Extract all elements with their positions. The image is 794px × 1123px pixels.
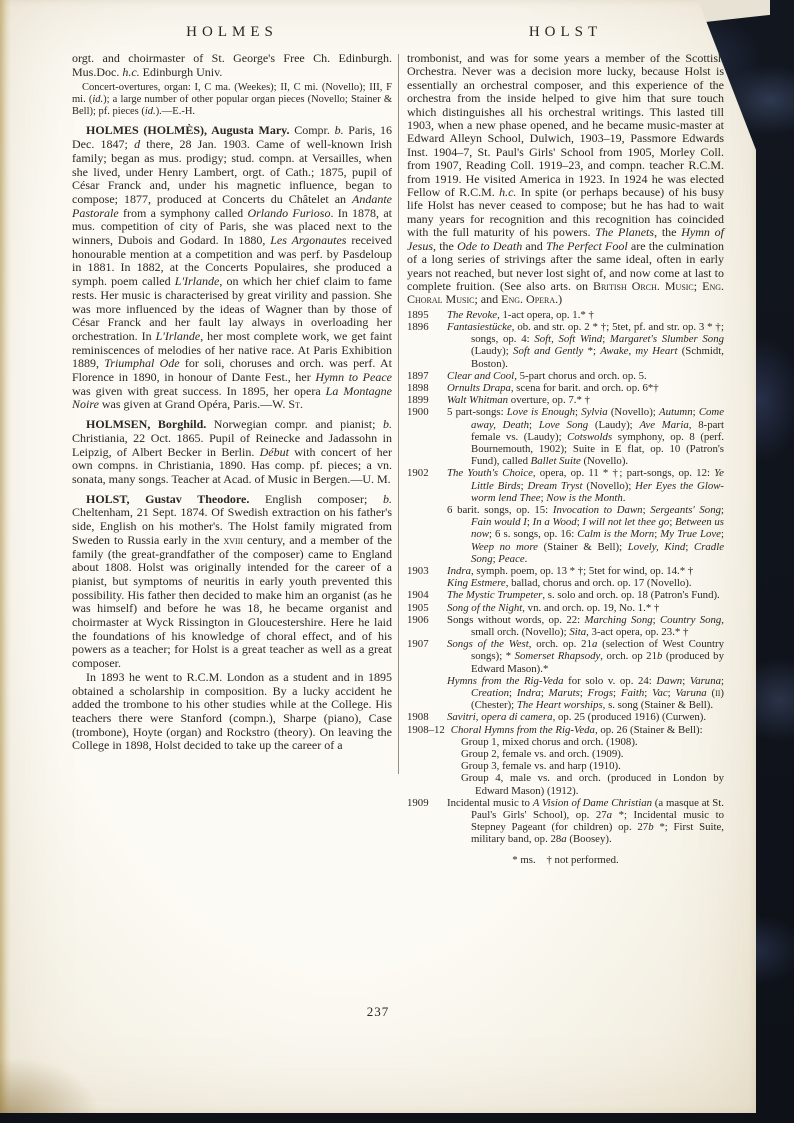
italic-text: Les Argonautes: [270, 233, 346, 247]
work-year: 1899: [407, 394, 441, 406]
work-description: The Youth's Choice, opera, op. 11 * †; p…: [447, 467, 724, 504]
italic-text: Choral Hymns from the Rig-Veda: [451, 724, 595, 736]
text-run: ;: [685, 541, 694, 553]
italic-text: The Planets: [595, 225, 654, 239]
work-description: Songs of the West, orch. op. 21a (select…: [447, 638, 724, 675]
work-description: Hymns from the Rig-Veda for solo v. op. …: [447, 675, 724, 712]
work-description: Indra, symph. poem, op. 13 * †; 5tet for…: [447, 565, 724, 577]
text-run: ); a large number of other popular organ…: [72, 94, 392, 117]
text-run: was given with great success. In 1895, h…: [72, 384, 326, 398]
text-run: Edinburgh Univ.: [140, 65, 223, 79]
work-year: 1897: [407, 370, 441, 382]
paragraph: orgt. and choirmaster of St. George's Fr…: [72, 52, 392, 79]
work-description: The Mystic Trumpeter, s. solo and orch. …: [447, 589, 724, 601]
paragraph: In 1893 he went to R.C.M. London as a st…: [72, 671, 392, 753]
work-year: 1903: [407, 565, 441, 577]
text-run: ;: [721, 675, 724, 687]
text-run: (Novello).: [581, 455, 628, 467]
text-run: .: [525, 553, 528, 565]
work-item: 1903Indra, symph. poem, op. 13 * †; 5tet…: [407, 565, 724, 577]
text-run: ;: [653, 614, 660, 626]
italic-text: Varuna: [675, 687, 706, 699]
work-item: 1902The Youth's Choice, opera, op. 11 * …: [407, 467, 724, 504]
italic-text: L'Irlande: [156, 329, 201, 343]
italic-text: Somerset Rhapsody: [515, 650, 601, 662]
work-description: Savitri, opera di camera, op. 25 (produc…: [447, 711, 724, 723]
italic-text: Dawn: [656, 675, 682, 687]
work-year: 1895: [407, 309, 441, 321]
italic-text: id.: [92, 94, 103, 105]
text-run: 6 barit. songs, op. 15:: [447, 504, 553, 516]
text-run: English composer;: [249, 492, 383, 506]
text-run: , op. 25 (produced 1916) (Curwen).: [553, 711, 707, 723]
work-item: 1904The Mystic Trumpeter, s. solo and or…: [407, 589, 724, 601]
left-column-body: orgt. and choirmaster of St. George's Fr…: [72, 52, 392, 753]
italic-text: Songs of the West: [447, 638, 529, 650]
text-run: Group 3, female vs. and harp (1910).: [461, 760, 621, 772]
italic-text: h.c.: [499, 185, 516, 199]
italic-text: Song of the Night: [447, 602, 522, 614]
work-year: 1908: [407, 711, 441, 723]
works-list: 1895The Revoke, 1-act opera, op. 1.* †18…: [407, 309, 724, 846]
italic-text: Cotswolds: [567, 431, 612, 443]
work-year: 1906: [407, 614, 441, 626]
text-run: , symph. poem, op. 13 * †; 5tet for wind…: [471, 565, 693, 577]
text-run: , the: [433, 239, 457, 253]
italic-text: b.: [335, 123, 344, 137]
text-run: (Laudy);: [471, 345, 513, 357]
text-run: overture, op. 7.* †: [508, 394, 590, 406]
text-run: ;: [613, 687, 621, 699]
text-columns: HOLMES orgt. and choirmaster of St. Geor…: [72, 24, 724, 866]
italic-text: Hymns from the Rig-Veda: [447, 675, 564, 687]
text-run: Group 4, male vs. and orch. (produced in…: [461, 772, 724, 796]
work-item: Group 2, female vs. and orch. (1909).: [461, 748, 724, 760]
italic-text: Marching Song: [585, 614, 653, 626]
running-head-left: HOLMES: [72, 24, 392, 41]
text-run: Incidental music to: [447, 797, 533, 809]
work-item: King Estmere, ballad, chorus and orch. o…: [447, 577, 724, 589]
italic-text: King Estmere: [447, 577, 506, 589]
text-run: ;: [580, 687, 588, 699]
text-run: (Laudy);: [588, 419, 639, 431]
text-run: Group 1, mixed chorus and orch. (1908).: [461, 736, 638, 748]
italic-text: I will not let thee go: [582, 516, 669, 528]
text-run: , s. solo and orch. op. 18 (Patron's Fun…: [542, 589, 719, 601]
bold-text: HOLST, Gustav Theodore.: [86, 492, 249, 506]
work-item: 1895The Revoke, 1-act opera, op. 1.* †: [407, 309, 724, 321]
smallcaps-text: Eng. Opera: [501, 292, 555, 306]
work-description: Ornults Drapa, scena for barit. and orch…: [447, 382, 724, 394]
work-description: Group 1, mixed chorus and orch. (1908).: [461, 736, 724, 748]
text-run: , 3-act opera, op. 23.* †: [586, 626, 688, 638]
italic-text: Faith: [621, 687, 644, 699]
paragraph: HOLMSEN, Borghild. Norwegian compr. and …: [72, 418, 392, 487]
text-run: , op. 26 (Stainer & Bell):: [595, 724, 703, 736]
italic-text: Ode to Death: [457, 239, 522, 253]
italic-text: The Perfect Fool: [546, 239, 628, 253]
text-run: ;: [644, 687, 652, 699]
work-description: 5 part-songs: Love is Enough; Sylvia (No…: [447, 406, 724, 467]
paragraph: Concert-overtures, organ: I, C ma. (Week…: [72, 82, 392, 118]
work-description: Choral Hymns from the Rig-Veda, op. 26 (…: [451, 724, 724, 736]
italic-text: Début: [260, 445, 289, 459]
text-run: ).—E.-H.: [156, 106, 195, 117]
work-year: 1902: [407, 467, 441, 479]
page-number: 237: [0, 1004, 756, 1020]
text-run: for solo v. op. 24:: [564, 675, 657, 687]
italic-text: Fantasiestücke: [447, 321, 512, 333]
italic-text: Dream Tryst: [527, 480, 582, 492]
text-run: (: [707, 687, 715, 699]
book-scan-page: HOLMES orgt. and choirmaster of St. Geor…: [0, 0, 794, 1123]
paper: HOLMES orgt. and choirmaster of St. Geor…: [0, 0, 756, 1113]
italic-text: Maruts: [549, 687, 580, 699]
left-column: HOLMES orgt. and choirmaster of St. Geor…: [72, 24, 392, 866]
text-run: ;: [721, 528, 724, 540]
work-item: 1909Incidental music to A Vision of Dame…: [407, 797, 724, 846]
text-run: .: [623, 492, 626, 504]
italic-text: Ballet Suite: [531, 455, 581, 467]
work-item: 1896Fantasiestücke, ob. and str. op. 2 *…: [407, 321, 724, 370]
work-item: Group 1, mixed chorus and orch. (1908).: [461, 736, 724, 748]
text-run: ; and: [474, 292, 501, 306]
italic-text: Weep no more: [471, 541, 538, 553]
text-run: , 5-part chorus and orch. op. 5.: [514, 370, 647, 382]
smallcaps-text: xviii: [223, 533, 243, 547]
right-column: HOLST trombonist, and was for some years…: [407, 24, 724, 866]
text-run: Norwegian compr. and pianist;: [206, 417, 383, 431]
italic-text: Frogs: [588, 687, 613, 699]
italic-text: Soft and Gently: [513, 345, 583, 357]
works-footnote: * ms. † not performed.: [407, 854, 724, 866]
text-run: ;: [541, 687, 549, 699]
italic-text: Invocation to Dawn: [553, 504, 643, 516]
work-item: Hymns from the Rig-Veda for solo v. op. …: [447, 675, 724, 712]
italic-text: The Mystic Trumpeter: [447, 589, 542, 601]
text-run: ;: [721, 504, 724, 516]
text-run: ;: [602, 333, 610, 345]
running-head-right: HOLST: [407, 24, 724, 41]
bottom-left-smudge: [0, 1057, 100, 1113]
italic-text: Sita: [569, 626, 586, 638]
italic-text: In a Wood: [533, 516, 577, 528]
italic-text: h.c.: [122, 65, 139, 79]
text-run: orgt. and choirmaster of St. George's Fr…: [72, 51, 392, 79]
italic-text: Ave Maria: [639, 419, 688, 431]
italic-text: opera di camera: [481, 711, 552, 723]
work-description: Walt Whitman overture, op. 7.* †: [447, 394, 724, 406]
italic-text: Awake, my Heart: [600, 345, 677, 357]
work-item: Group 3, female vs. and harp (1910).: [461, 760, 724, 772]
smallcaps-text: St.: [288, 397, 303, 411]
text-run: was given at Grand Opéra, Paris.—W.: [99, 397, 289, 411]
italic-text: Country Song: [660, 614, 721, 626]
text-run: Songs without words, op. 22:: [447, 614, 585, 626]
smallcaps-text: British Orch. Music: [593, 279, 694, 293]
text-run: century, and a member of the family (the…: [72, 533, 392, 670]
italic-text: Autumn: [659, 406, 693, 418]
paragraph: trombonist, and was for some years a mem…: [407, 52, 724, 307]
text-run: (Stainer & Bell);: [538, 541, 628, 553]
italic-text: The Heart worships: [517, 699, 603, 711]
italic-text: Now is the Month: [546, 492, 622, 504]
text-run: 5 part-songs:: [447, 406, 507, 418]
work-item: 1905Song of the Night, vn. and orch. op.…: [407, 602, 724, 614]
work-item: 1906Songs without words, op. 22: Marchin…: [407, 614, 724, 638]
italic-text: Margaret's Slumber Song: [610, 333, 724, 345]
italic-text: Varuna: [690, 675, 721, 687]
left-page-edge-discoloration: [0, 0, 11, 1113]
italic-text: A Vision of Dame Christian: [533, 797, 652, 809]
text-run: ;: [682, 675, 690, 687]
work-description: The Revoke, 1-act opera, op. 1.* †: [447, 309, 724, 321]
italic-text: Clear and Cool: [447, 370, 514, 382]
text-run: , 1-act opera, op. 1.* †: [497, 309, 594, 321]
bold-text: HOLMSEN, Borghild.: [86, 417, 206, 431]
work-year: 1896: [407, 321, 441, 333]
work-description: Fantasiestücke, ob. and str. op. 2 * †; …: [447, 321, 724, 370]
work-item: 1908–12Choral Hymns from the Rig-Veda, o…: [407, 724, 724, 736]
text-run: , scena for barit. and orch. op. 6*†: [511, 382, 659, 394]
right-column-body: trombonist, and was for some years a mem…: [407, 52, 724, 307]
text-run: Group 2, female vs. and orch. (1909).: [461, 748, 624, 760]
italic-text: Indra: [517, 687, 541, 699]
text-run: In 1893 he went to R.C.M. London as a st…: [72, 670, 392, 753]
work-year: 1908–12: [407, 724, 445, 736]
italic-text: Walt Whitman: [447, 394, 508, 406]
text-run: from a symphony called: [119, 206, 248, 220]
work-item: Group 4, male vs. and orch. (produced in…: [461, 772, 724, 796]
text-run: ;: [529, 419, 539, 431]
text-run: , the: [654, 225, 681, 239]
text-run: , vn. and orch. op. 19, No. 1.* †: [522, 602, 659, 614]
work-item: 1908Savitri, opera di camera, op. 25 (pr…: [407, 711, 724, 723]
italic-text: Indra: [447, 565, 471, 577]
italic-text: Soft, Soft Wind: [534, 333, 602, 345]
work-item: 6 barit. songs, op. 15: Invocation to Da…: [447, 504, 724, 565]
italic-text: Triumphal Ode: [104, 356, 179, 370]
italic-text: Ornults Drapa: [447, 382, 511, 394]
work-description: 6 barit. songs, op. 15: Invocation to Da…: [447, 504, 724, 565]
text-run: *;: [583, 345, 600, 357]
text-run: ;: [509, 687, 517, 699]
italic-text: Love Song: [539, 419, 588, 431]
work-description: Song of the Night, vn. and orch. op. 19,…: [447, 602, 724, 614]
text-run: and: [522, 239, 546, 253]
italic-text: id.: [145, 106, 156, 117]
work-description: Group 4, male vs. and orch. (produced in…: [461, 772, 724, 796]
text-run: , opera, op. 11 * †; part-songs, op. 12:: [533, 467, 714, 479]
text-run: , s. song (Stainer & Bell).: [603, 699, 713, 711]
italic-text: Hymn to Peace: [315, 370, 392, 384]
text-run: (Novello);: [583, 480, 636, 492]
text-run: (Novello);: [608, 406, 659, 418]
bold-text: HOLMES (HOLMÈS), Augusta Mary.: [86, 123, 289, 137]
italic-text: Sylvia: [581, 406, 607, 418]
text-run: , ballad, chorus and orch. op. 17 (Novel…: [506, 577, 692, 589]
work-item: 1907Songs of the West, orch. op. 21a (se…: [407, 638, 724, 675]
work-description: Group 2, female vs. and orch. (1909).: [461, 748, 724, 760]
text-run: Compr.: [289, 123, 334, 137]
work-item: 1898Ornults Drapa, scena for barit. and …: [407, 382, 724, 394]
italic-text: Calm is the Morn: [577, 528, 654, 540]
work-year: 1904: [407, 589, 441, 601]
work-year: 1905: [407, 602, 441, 614]
italic-text: Fain would I: [471, 516, 527, 528]
work-description: Songs without words, op. 22: Marching So…: [447, 614, 724, 638]
italic-text: My True Love: [660, 528, 721, 540]
work-description: Incidental music to A Vision of Dame Chr…: [447, 797, 724, 846]
paragraph: HOLMES (HOLMÈS), Augusta Mary. Compr. b.…: [72, 124, 392, 412]
italic-text: L'Irlande: [175, 274, 220, 288]
text-run: .): [555, 292, 562, 306]
italic-text: Savitri: [447, 711, 476, 723]
italic-text: Peace: [498, 553, 524, 565]
text-run: ;: [694, 279, 702, 293]
work-year: 1900: [407, 406, 441, 418]
paragraph: HOLST, Gustav Theodore. English composer…: [72, 493, 392, 671]
italic-text: b.: [383, 492, 392, 506]
text-run: trombonist, and was for some years a mem…: [407, 51, 724, 199]
italic-text: Lovely, Kind: [628, 541, 686, 553]
text-run: , orch. op. 21: [529, 638, 592, 650]
italic-text: Vac: [652, 687, 668, 699]
italic-text: Orlando Furioso: [247, 206, 330, 220]
italic-text: The Revoke: [447, 309, 497, 321]
italic-text: b.: [383, 417, 392, 431]
work-item: 19005 part-songs: Love is Enough; Sylvia…: [407, 406, 724, 467]
work-item: 1899Walt Whitman overture, op. 7.* †: [407, 394, 724, 406]
text-run: (Boosey).: [567, 833, 612, 845]
work-year: 1909: [407, 797, 441, 809]
work-year: 1907: [407, 638, 441, 650]
work-year: 1898: [407, 382, 441, 394]
italic-text: The Youth's Choice: [447, 467, 533, 479]
italic-text: Love is Enough: [507, 406, 575, 418]
work-description: Group 3, female vs. and harp (1910).: [461, 760, 724, 772]
text-run: ; 6 s. songs, op. 16:: [489, 528, 577, 540]
work-description: Clear and Cool, 5-part chorus and orch. …: [447, 370, 724, 382]
work-description: King Estmere, ballad, chorus and orch. o…: [447, 577, 724, 589]
italic-text: Creation: [471, 687, 509, 699]
text-run: , orch. op 21: [600, 650, 657, 662]
italic-text: Sergeants' Song: [650, 504, 721, 516]
column-divider: [398, 54, 399, 774]
work-item: 1897Clear and Cool, 5-part chorus and or…: [407, 370, 724, 382]
